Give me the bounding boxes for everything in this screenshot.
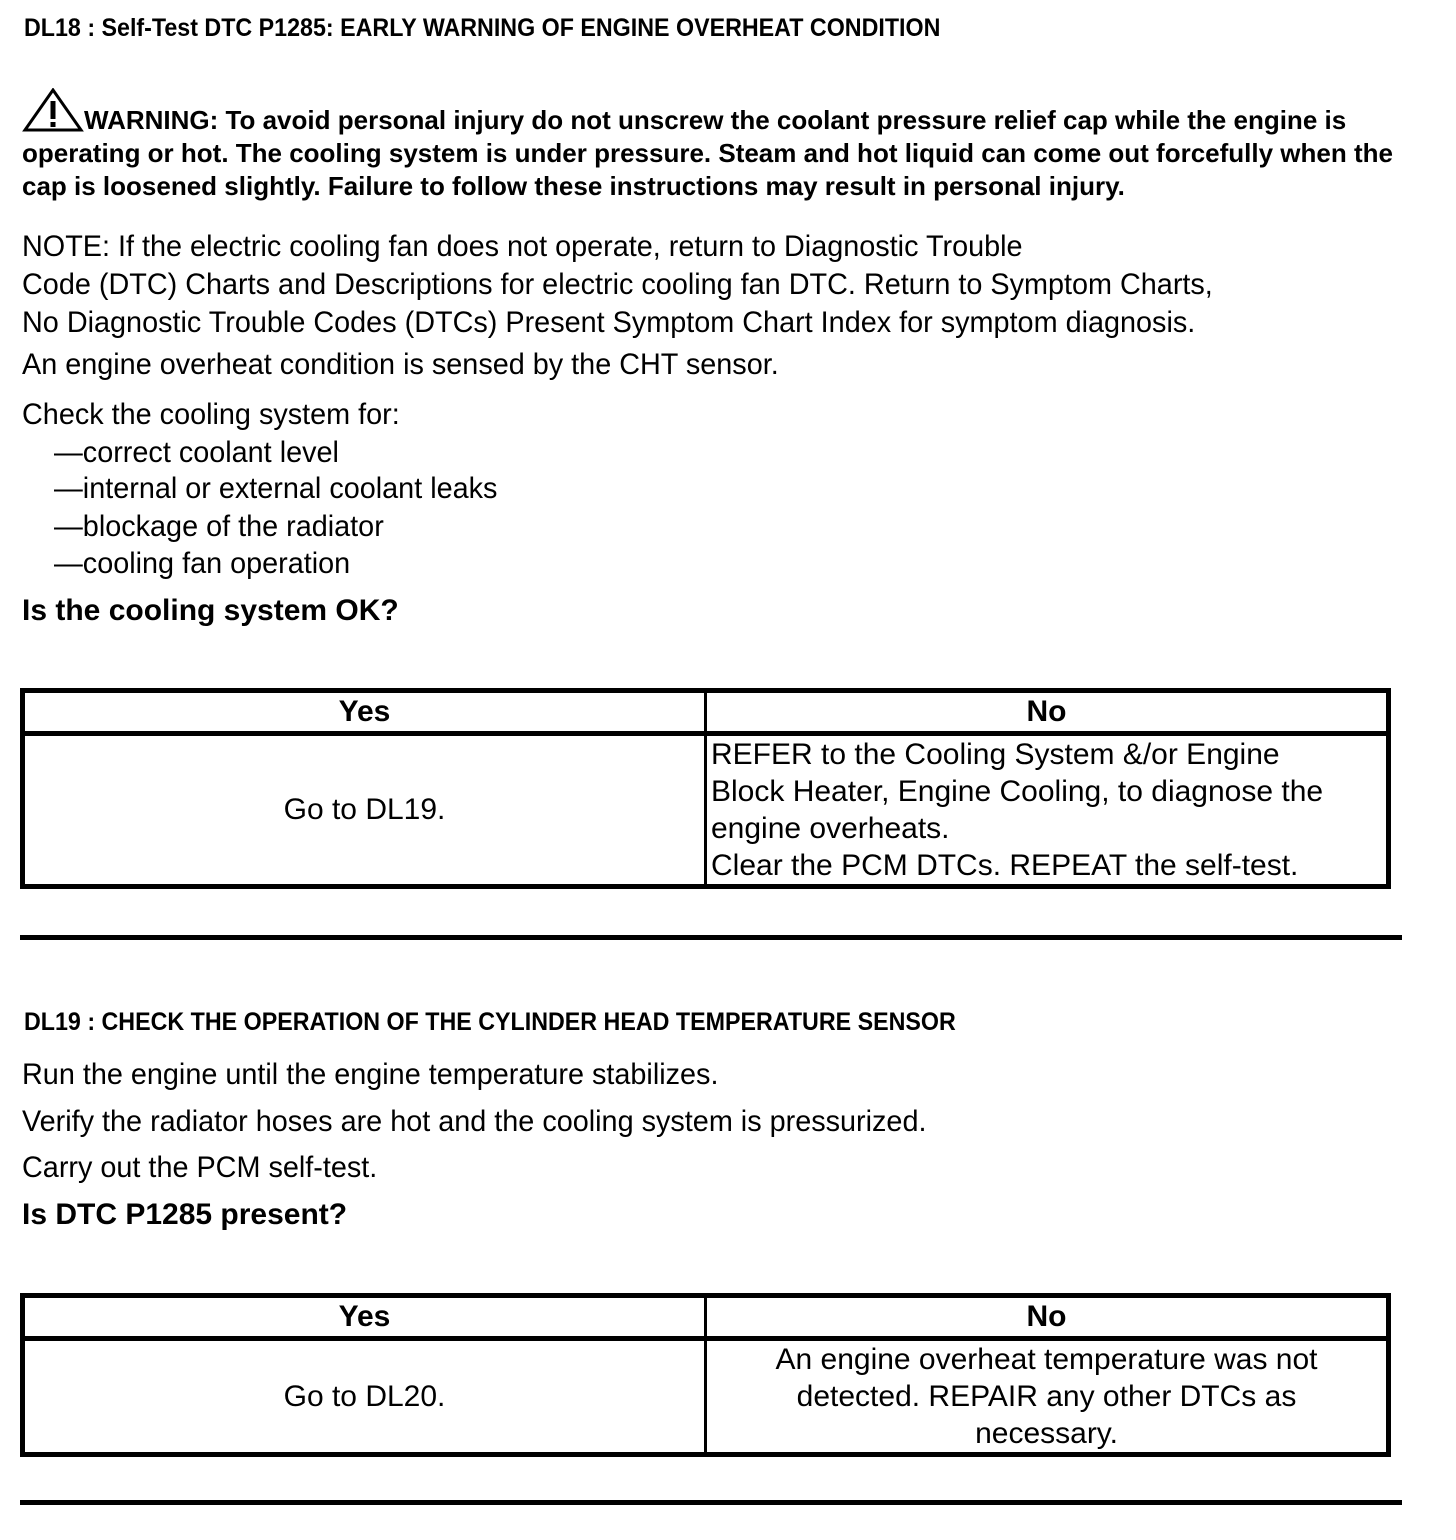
dl19-question: Is DTC P1285 present? [22,1198,347,1232]
no-header: No [706,691,1389,734]
dl18-sensed-text: An engine overheat condition is sensed b… [22,348,779,382]
dl18-title: DL18 : Self-Test DTC P1285: EARLY WARNIN… [24,14,940,43]
dl18-note: NOTE: If the electric cooling fan does n… [22,228,1442,342]
check-item: —blockage of the radiator [54,510,384,544]
section-divider [20,935,1402,940]
no-cell: REFER to the Cooling System &/or Engine … [706,734,1389,887]
dl19-step: Verify the radiator hoses are hot and th… [22,1105,926,1139]
dl19-title: DL19 : CHECK THE OPERATION OF THE CYLIND… [24,1008,956,1037]
dl18-yes-no-table: Yes No Go to DL19. REFER to the Cooling … [20,688,1391,889]
dl19-step: Carry out the PCM self-test. [22,1151,377,1185]
note-line: Code (DTC) Charts and Descriptions for e… [22,266,1385,304]
no-cell: An engine overheat temperature was not d… [706,1339,1389,1455]
yes-cell: Go to DL19. [23,734,706,887]
check-item: —correct coolant level [54,436,339,470]
no-line: Block Heater, Engine Cooling, to diagnos… [711,773,1382,810]
check-item: —cooling fan operation [54,547,350,581]
yes-header: Yes [23,691,706,734]
yes-header: Yes [23,1296,706,1339]
note-line: No Diagnostic Trouble Codes (DTCs) Prese… [22,304,1385,342]
check-item: —internal or external coolant leaks [54,472,497,506]
dl18-question: Is the cooling system OK? [22,594,399,628]
no-line: An engine overheat temperature was not [711,1341,1382,1378]
section-divider [20,1500,1402,1505]
warning-text: WARNING: To avoid personal injury do not… [22,105,1393,201]
yes-cell: Go to DL20. [23,1339,706,1455]
no-line: engine overheats. [711,810,1382,847]
dl18-warning: WARNING: To avoid personal injury do not… [22,88,1442,203]
note-line: NOTE: If the electric cooling fan does n… [22,228,1385,266]
no-line: Clear the PCM DTCs. REPEAT the self-test… [711,847,1382,884]
no-line: REFER to the Cooling System &/or Engine [711,736,1382,773]
no-line: necessary. [711,1415,1382,1452]
dl19-step: Run the engine until the engine temperat… [22,1058,718,1092]
warning-triangle-icon [22,88,84,132]
dl18-check-intro: Check the cooling system for: [22,398,400,432]
no-line: detected. REPAIR any other DTCs as [711,1378,1382,1415]
dl19-yes-no-table: Yes No Go to DL20. An engine overheat te… [20,1293,1391,1457]
no-header: No [706,1296,1389,1339]
